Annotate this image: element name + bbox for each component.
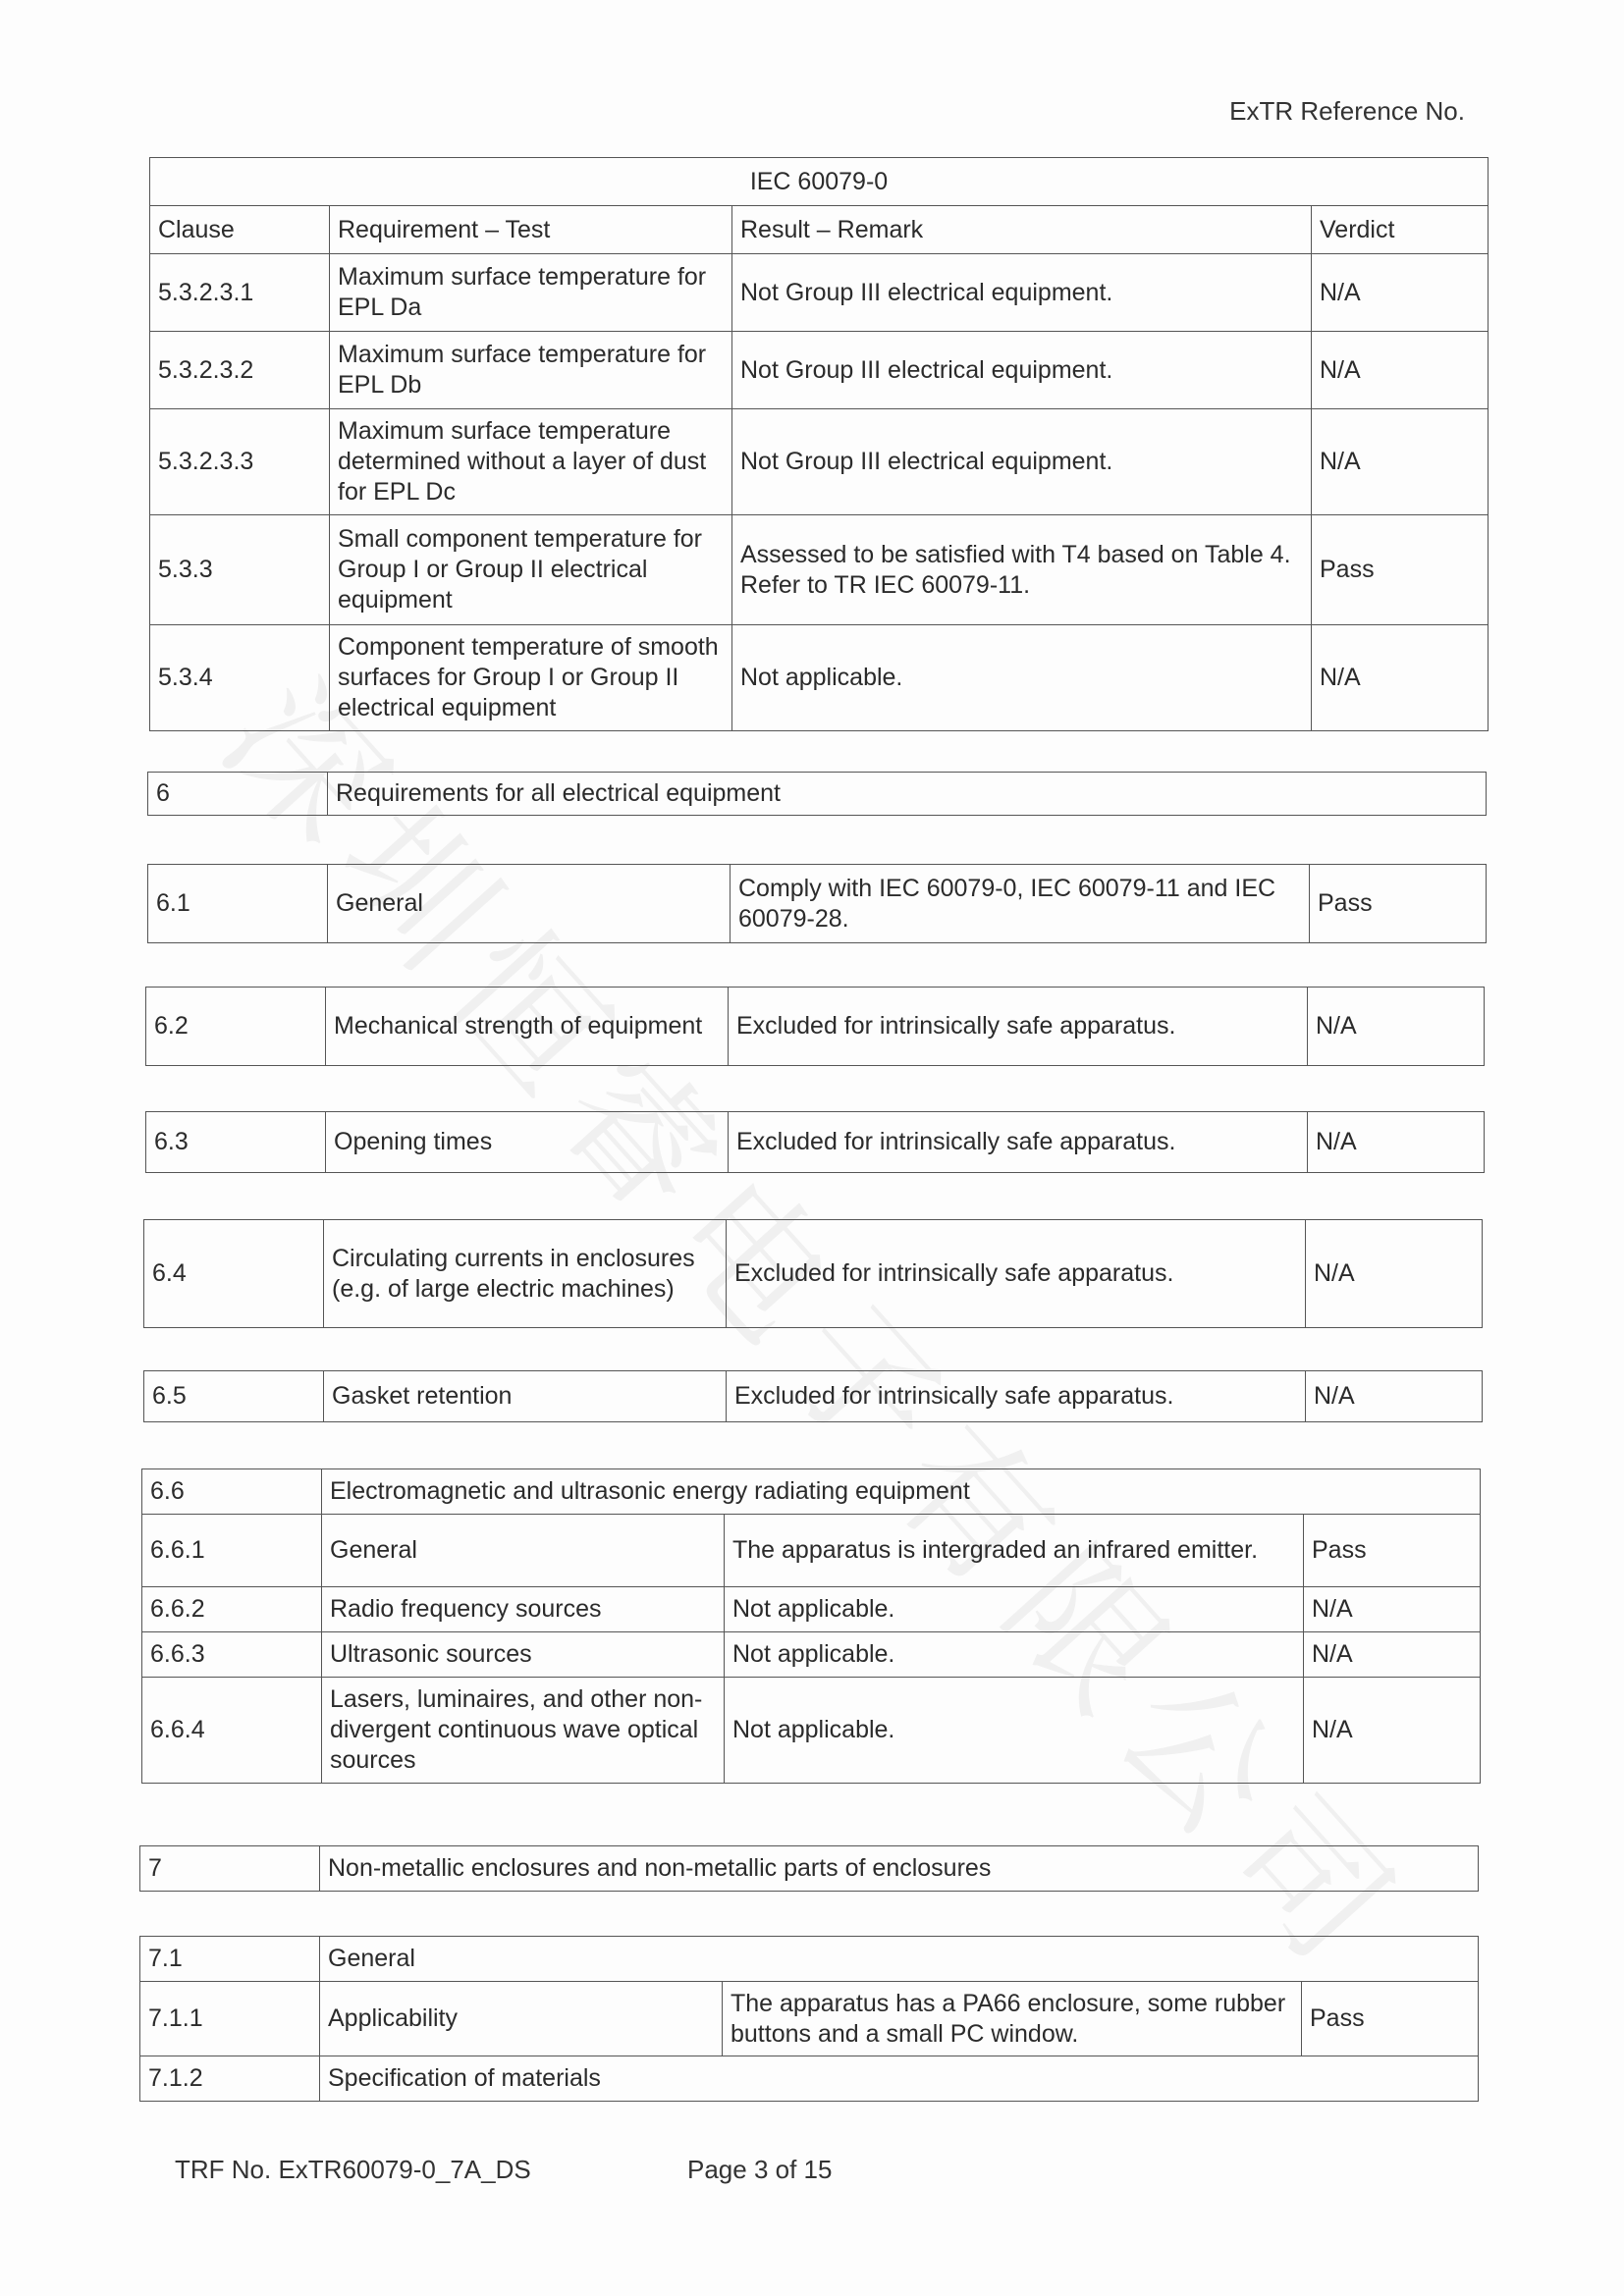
result-cell: Not Group III electrical equipment. — [732, 409, 1312, 515]
extr-reference-label: ExTR Reference No. — [1229, 96, 1465, 127]
clause-cell: 6.3 — [146, 1112, 326, 1173]
clause-cell: 5.3.4 — [150, 625, 330, 731]
requirement-cell: Mechanical strength of equipment — [326, 988, 729, 1066]
table-row: 5.3.4 Component temperature of smooth su… — [150, 625, 1489, 731]
verdict-cell: Pass — [1302, 1982, 1479, 2056]
clause-cell: 6.1 — [148, 865, 328, 943]
requirement-cell: Small component temperature for Group I … — [330, 515, 732, 625]
table-row: 6.2 Mechanical strength of equipment Exc… — [146, 988, 1485, 1066]
table-row: 5.3.3 Small component temperature for Gr… — [150, 515, 1489, 625]
result-cell: Not applicable. — [725, 1632, 1304, 1678]
clause-cell: 6.2 — [146, 988, 326, 1066]
clause-cell: 7.1.1 — [140, 1982, 320, 2056]
clause-6-2-table: 6.2 Mechanical strength of equipment Exc… — [145, 987, 1485, 1066]
verdict-cell: N/A — [1312, 254, 1489, 332]
clause-6-3-table: 6.3 Opening times Excluded for intrinsic… — [145, 1111, 1485, 1173]
requirement-cell: Applicability — [320, 1982, 723, 2056]
requirement-cell: General — [328, 865, 731, 943]
result-cell: The apparatus is intergraded an infrared… — [725, 1515, 1304, 1587]
table-row: 7.1.1 Applicability The apparatus has a … — [140, 1982, 1479, 2056]
clause-cell: 6.6 — [142, 1469, 322, 1515]
result-cell: The apparatus has a PA66 enclosure, some… — [723, 1982, 1302, 2056]
verdict-cell: Pass — [1304, 1515, 1481, 1587]
requirement-cell: General — [322, 1515, 725, 1587]
requirement-cell: Radio frequency sources — [322, 1587, 725, 1632]
clause-cell: 6 — [148, 773, 328, 816]
verdict-cell: N/A — [1304, 1632, 1481, 1678]
verdict-cell: Pass — [1312, 515, 1489, 625]
table-row: 6.1 General Comply with IEC 60079-0, IEC… — [148, 865, 1487, 943]
clause-6-6-table: 6.6 Electromagnetic and ultrasonic energ… — [141, 1468, 1481, 1784]
section-title: Specification of materials — [320, 2056, 1479, 2102]
table-row: 6.6.4 Lasers, luminaires, and other non-… — [142, 1678, 1481, 1784]
verdict-cell: N/A — [1306, 1220, 1483, 1328]
column-header-requirement: Requirement – Test — [330, 206, 732, 254]
clause-cell: 6.4 — [144, 1220, 324, 1328]
table-row: 5.3.2.3.2 Maximum surface temperature fo… — [150, 332, 1489, 409]
verdict-cell: N/A — [1312, 332, 1489, 409]
section-title: Requirements for all electrical equipmen… — [328, 773, 1487, 816]
requirement-cell: Lasers, luminaires, and other non-diverg… — [322, 1678, 725, 1784]
clause-cell: 6.6.2 — [142, 1587, 322, 1632]
result-cell: Not applicable. — [732, 625, 1312, 731]
table-row: 6.3 Opening times Excluded for intrinsic… — [146, 1112, 1485, 1173]
clause-cell: 7.1 — [140, 1937, 320, 1982]
result-cell: Excluded for intrinsically safe apparatu… — [727, 1371, 1306, 1422]
verdict-cell: N/A — [1312, 409, 1489, 515]
requirement-cell: Maximum surface temperature for EPL Db — [330, 332, 732, 409]
result-cell: Not applicable. — [725, 1678, 1304, 1784]
standard-title: IEC 60079-0 — [150, 158, 1489, 206]
result-cell: Excluded for intrinsically safe apparatu… — [727, 1220, 1306, 1328]
clause-cell: 6.6.4 — [142, 1678, 322, 1784]
clause-cell: 6.5 — [144, 1371, 324, 1422]
result-cell: Excluded for intrinsically safe apparatu… — [729, 988, 1308, 1066]
section-title: Non-metallic enclosures and non-metallic… — [320, 1846, 1479, 1892]
requirement-cell: Circulating currents in enclosures (e.g.… — [324, 1220, 727, 1328]
table-row: 6.5 Gasket retention Excluded for intrin… — [144, 1371, 1483, 1422]
table-row: 6.6.1 General The apparatus is intergrad… — [142, 1515, 1481, 1587]
clause-cell: 5.3.2.3.3 — [150, 409, 330, 515]
requirement-cell: Ultrasonic sources — [322, 1632, 725, 1678]
page-number: Page 3 of 15 — [687, 2155, 832, 2185]
verdict-cell: N/A — [1304, 1678, 1481, 1784]
table-row: 6.6.3 Ultrasonic sources Not applicable.… — [142, 1632, 1481, 1678]
result-cell: Assessed to be satisfied with T4 based o… — [732, 515, 1312, 625]
requirement-cell: Opening times — [326, 1112, 729, 1173]
clause-cell: 7 — [140, 1846, 320, 1892]
requirement-cell: Maximum surface temperature for EPL Da — [330, 254, 732, 332]
iec-60079-0-table: IEC 60079-0 Clause Requirement – Test Re… — [149, 157, 1489, 731]
section-7-heading: 7 Non-metallic enclosures and non-metall… — [139, 1845, 1479, 1892]
table-row: 6.4 Circulating currents in enclosures (… — [144, 1220, 1483, 1328]
clause-cell: 5.3.2.3.2 — [150, 332, 330, 409]
clause-cell: 6.6.3 — [142, 1632, 322, 1678]
section-6-heading: 6 Requirements for all electrical equipm… — [147, 772, 1487, 816]
clause-7-1-table: 7.1 General 7.1.1 Applicability The appa… — [139, 1936, 1479, 2102]
requirement-cell: Gasket retention — [324, 1371, 727, 1422]
verdict-cell: N/A — [1306, 1371, 1483, 1422]
section-title: Electromagnetic and ultrasonic energy ra… — [322, 1469, 1481, 1515]
table-row: 6.6.2 Radio frequency sources Not applic… — [142, 1587, 1481, 1632]
result-cell: Not Group III electrical equipment. — [732, 254, 1312, 332]
clause-6-1-table: 6.1 General Comply with IEC 60079-0, IEC… — [147, 864, 1487, 943]
result-cell: Not Group III electrical equipment. — [732, 332, 1312, 409]
requirement-cell: Component temperature of smooth surfaces… — [330, 625, 732, 731]
requirement-cell: Maximum surface temperature determined w… — [330, 409, 732, 515]
clause-6-4-table: 6.4 Circulating currents in enclosures (… — [143, 1219, 1483, 1328]
clause-cell: 6.6.1 — [142, 1515, 322, 1587]
result-cell: Not applicable. — [725, 1587, 1304, 1632]
verdict-cell: N/A — [1312, 625, 1489, 731]
clause-cell: 5.3.2.3.1 — [150, 254, 330, 332]
verdict-cell: N/A — [1308, 1112, 1485, 1173]
column-header-result: Result – Remark — [732, 206, 1312, 254]
clause-cell: 7.1.2 — [140, 2056, 320, 2102]
table-row: 5.3.2.3.3 Maximum surface temperature de… — [150, 409, 1489, 515]
result-cell: Excluded for intrinsically safe apparatu… — [729, 1112, 1308, 1173]
column-header-verdict: Verdict — [1312, 206, 1489, 254]
verdict-cell: N/A — [1304, 1587, 1481, 1632]
verdict-cell: N/A — [1308, 988, 1485, 1066]
form-number: TRF No. ExTR60079-0_7A_DS — [175, 2155, 531, 2185]
clause-6-5-table: 6.5 Gasket retention Excluded for intrin… — [143, 1370, 1483, 1422]
section-title: General — [320, 1937, 1479, 1982]
column-header-clause: Clause — [150, 206, 330, 254]
table-row: 5.3.2.3.1 Maximum surface temperature fo… — [150, 254, 1489, 332]
result-cell: Comply with IEC 60079-0, IEC 60079-11 an… — [731, 865, 1310, 943]
clause-cell: 5.3.3 — [150, 515, 330, 625]
verdict-cell: Pass — [1310, 865, 1487, 943]
